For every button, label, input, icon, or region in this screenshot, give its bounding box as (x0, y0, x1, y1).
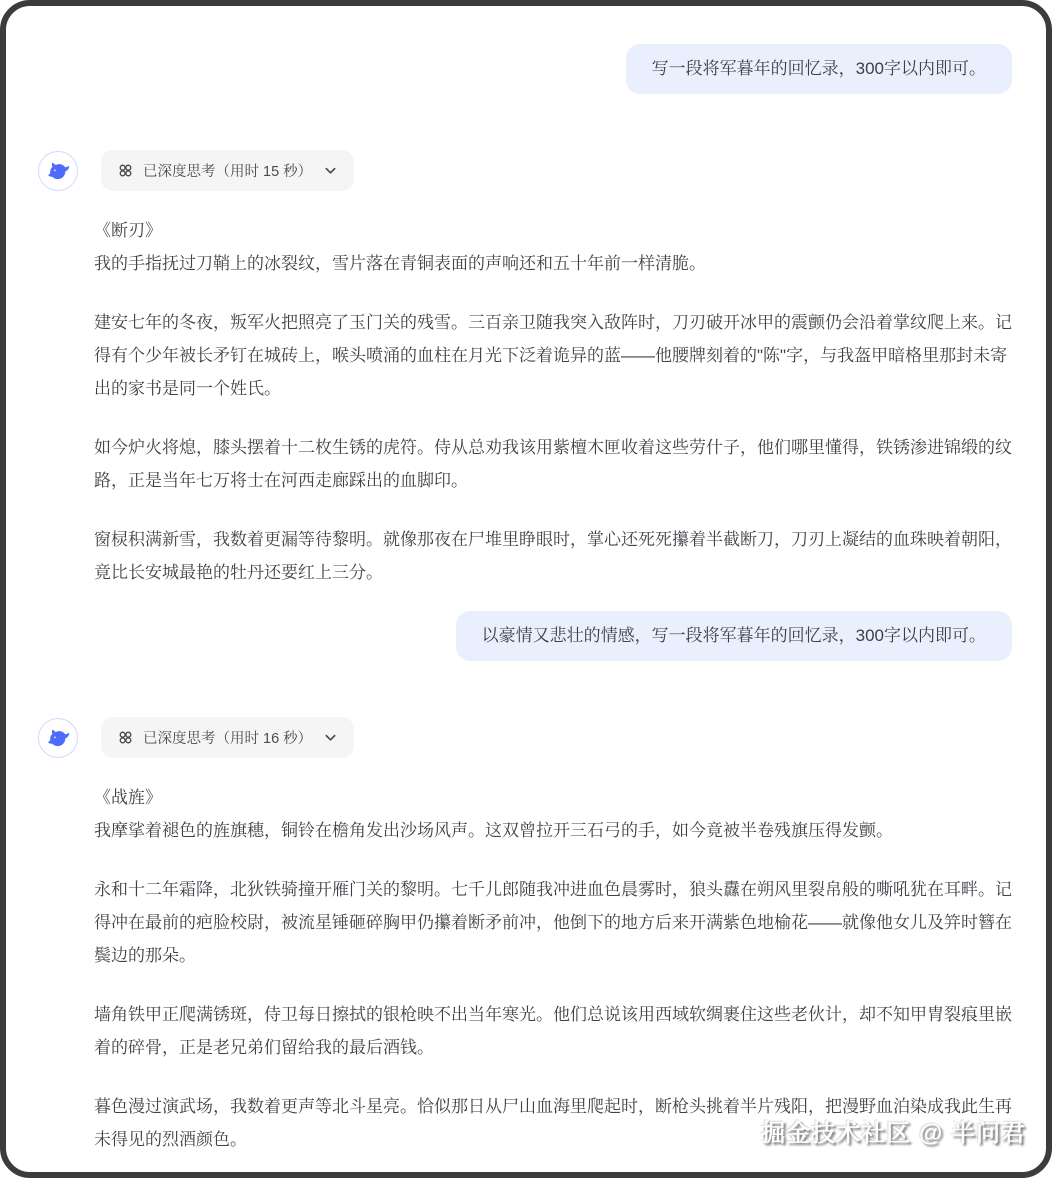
response-paragraph: 暮色漫过演武场，我数着更声等北斗星亮。恰似那日从尸山血海里爬起时，断枪头挑着半片… (94, 1090, 1012, 1156)
deepthink-icon (118, 163, 133, 178)
user-message-bubble: 以豪情又悲壮的情感，写一段将军暮年的回忆录，300字以内即可。 (456, 611, 1012, 661)
user-message-row: 写一段将军暮年的回忆录，300字以内即可。 (38, 44, 1012, 94)
chat-window: 写一段将军暮年的回忆录，300字以内即可。 (0, 0, 1052, 1178)
assistant-message: 已深度思考（用时 16 秒） 《战旌》 我摩挲着褪色的旌旗穗，铜铃在檐角发出沙场… (38, 717, 1012, 1156)
deepseek-whale-icon (38, 151, 78, 191)
response-paragraph: 永和十二年霜降，北狄铁骑撞开雁门关的黎明。七千儿郎随我冲进血色晨雾时，狼头纛在朔… (94, 873, 1012, 972)
response-paragraph: 《断刃》 我的手指抚过刀鞘上的冰裂纹，雪片落在青铜表面的声响还和五十年前一样清脆… (94, 214, 1012, 280)
response-paragraph: 《战旌》 我摩挲着褪色的旌旗穗，铜铃在檐角发出沙场风声。这双曾拉开三石弓的手，如… (94, 781, 1012, 847)
assistant-response: 《断刃》 我的手指抚过刀鞘上的冰裂纹，雪片落在青铜表面的声响还和五十年前一样清脆… (94, 214, 1012, 589)
assistant-header: 已深度思考（用时 15 秒） (38, 150, 1012, 191)
user-message-row: 以豪情又悲壮的情感，写一段将军暮年的回忆录，300字以内即可。 (38, 611, 1012, 661)
deep-think-toggle[interactable]: 已深度思考（用时 16 秒） (101, 717, 354, 758)
response-paragraph: 墙角铁甲正爬满锈斑，侍卫每日擦拭的银枪映不出当年寒光。他们总说该用西域软绸裹住这… (94, 998, 1012, 1064)
chevron-down-icon (322, 731, 337, 744)
response-paragraph: 窗棂积满新雪，我数着更漏等待黎明。就像那夜在尸堆里睁眼时，掌心还死死攥着半截断刀… (94, 523, 1012, 589)
deepseek-whale-icon (38, 718, 78, 758)
chevron-down-icon (322, 164, 337, 177)
conversation-area: 写一段将军暮年的回忆录，300字以内即可。 (6, 6, 1046, 1156)
user-message-bubble: 写一段将军暮年的回忆录，300字以内即可。 (626, 44, 1012, 94)
deep-think-label: 已深度思考（用时 15 秒） (143, 160, 312, 181)
deepthink-icon (118, 730, 133, 745)
assistant-message: 已深度思考（用时 15 秒） 《断刃》 我的手指抚过刀鞘上的冰裂纹，雪片落在青铜… (38, 150, 1012, 589)
response-paragraph: 如今炉火将熄，膝头摆着十二枚生锈的虎符。侍从总劝我该用紫檀木匣收着这些劳什子，他… (94, 431, 1012, 497)
deep-think-label: 已深度思考（用时 16 秒） (143, 727, 312, 748)
assistant-response: 《战旌》 我摩挲着褪色的旌旗穗，铜铃在檐角发出沙场风声。这双曾拉开三石弓的手，如… (94, 781, 1012, 1156)
assistant-header: 已深度思考（用时 16 秒） (38, 717, 1012, 758)
deep-think-toggle[interactable]: 已深度思考（用时 15 秒） (101, 150, 354, 191)
response-paragraph: 建安七年的冬夜，叛军火把照亮了玉门关的残雪。三百亲卫随我突入敌阵时，刀刃破开冰甲… (94, 306, 1012, 405)
